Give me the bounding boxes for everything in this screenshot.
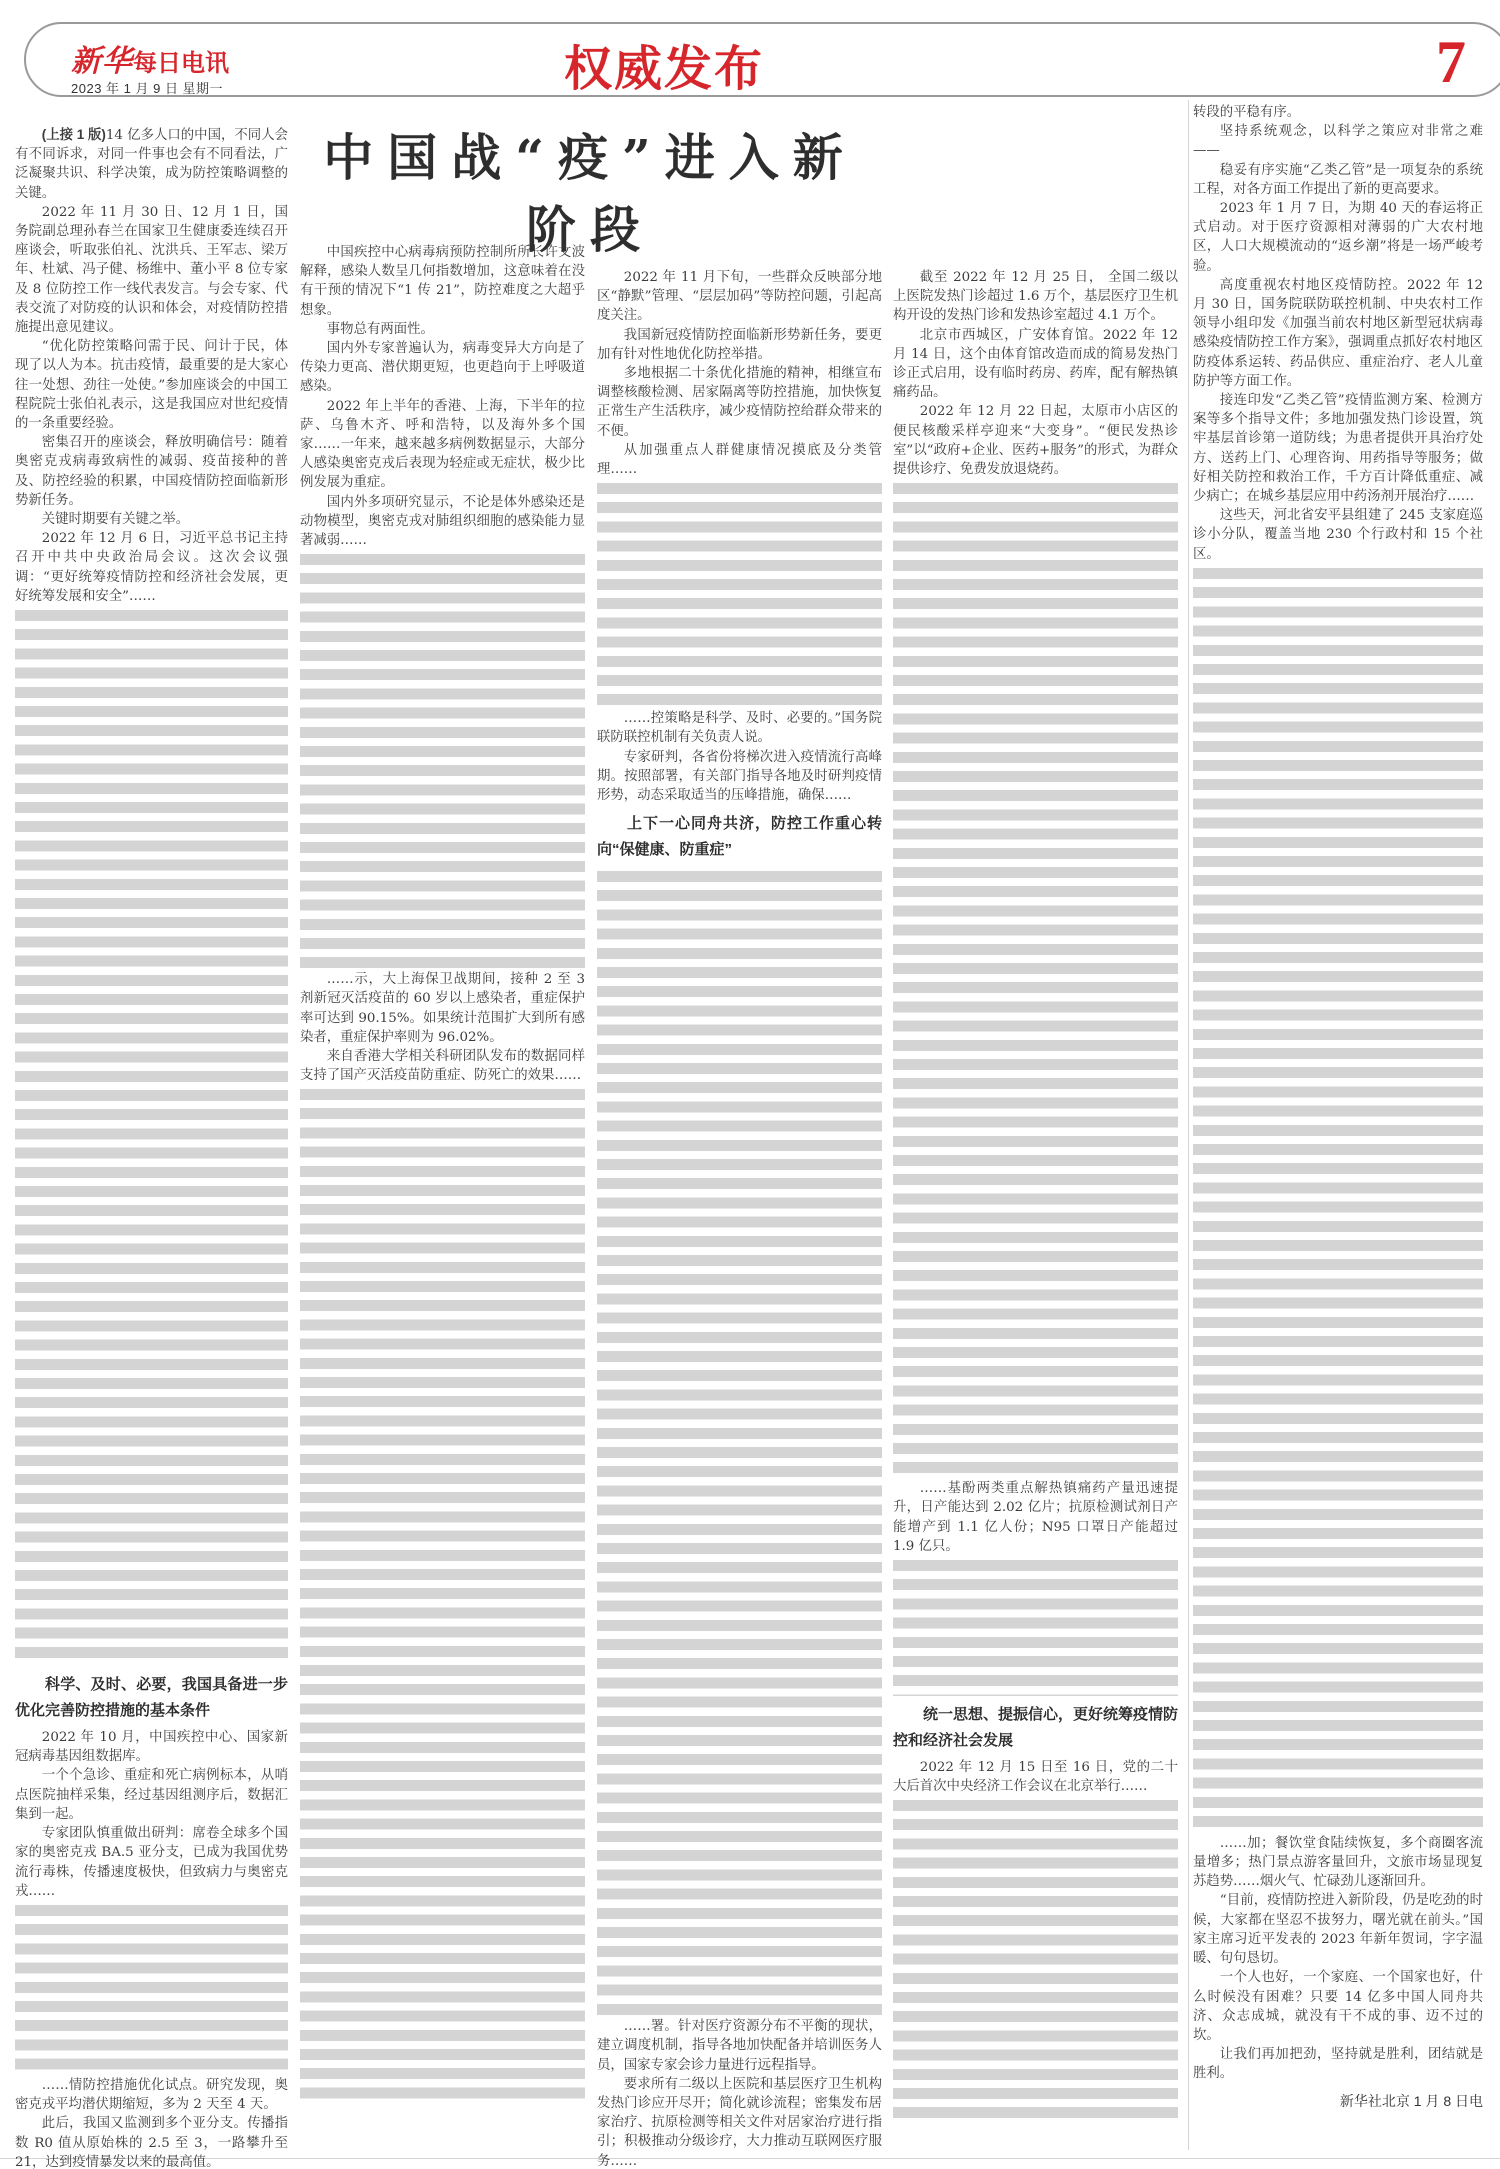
article-column-4: 截至 2022 年 12 月 25 日， 全国二级以上医院发热门诊超过 1.6 … <box>893 268 1178 2158</box>
section-subhead: 上下一心同舟共济，防控工作重心转向“保健康、防重症” <box>597 811 882 863</box>
paragraph: ……署。针对医疗资源分布不平衡的现状，建立调度机制，指导各地加快配备并培训医务人… <box>597 2017 882 2075</box>
paragraph: 一个人也好，一个家庭、一个国家也好，什么时候没有困难？只要 14 亿多中国人同舟… <box>1193 1968 1483 2045</box>
paragraph: 来自香港大学相关科研团队发布的数据同样支持了国产灭活疫苗防重症、防死亡的效果…… <box>300 1047 585 1085</box>
paragraph: 事物总有两面性。 <box>300 320 585 339</box>
paragraph: 我国新冠疫情防控面临新形势新任务，要更加有针对性地优化防控举措。 <box>597 326 882 364</box>
paragraph: 一个个急诊、重症和死亡病例标本，从哨点医院抽样采集，经过基因组测序后，数据汇集到… <box>15 1766 288 1824</box>
paragraph: 接连印发“乙类乙管”疫情监测方案、检测方案等多个指导文件；多地加强发热门诊设置，… <box>1193 391 1483 506</box>
paragraph: (上接 1 版)14 亿多人口的中国，不同人会有不同诉求，对同一件事也会有不同看… <box>15 125 288 203</box>
paragraph: 专家团队慎重做出研判：席卷全球多个国家的奥密克戎 BA.5 亚分支，已成为我国优… <box>15 1824 288 1901</box>
paragraph: 2022 年 10 月，中国疾控中心、国家新冠病毒基因组数据库。 <box>15 1728 288 1766</box>
dateline: 新华社北京 1 月 8 日电 <box>1193 2092 1483 2111</box>
paragraph: 从加强重点人群健康情况摸底及分类管理…… <box>597 441 882 479</box>
paragraph: 截至 2022 年 12 月 25 日， 全国二级以上医院发热门诊超过 1.6 … <box>893 268 1178 326</box>
article-column-2: 中国疾控中心病毒病预防控制所所长许文波解释，感染人数呈几何指数增加，这意味着在没… <box>300 243 585 2153</box>
paragraph: 这些天，河北省安平县组建了 245 支家庭巡诊小分队，覆盖当地 230 个行政村… <box>1193 506 1483 564</box>
paragraph: 密集召开的座谈会，释放明确信号：随着奥密克戎病毒致病性的减弱、疫苗接种的普及、防… <box>15 433 288 510</box>
article-column-5: 转段的平稳有序。 坚持系统观念，以科学之策应对非常之难—— 稳妥有序实施“乙类乙… <box>1193 103 1483 2153</box>
paragraph: 北京市西城区，广安体育馆。2022 年 12 月 14 日，这个由体育馆改造而成… <box>893 326 1178 403</box>
body-text-block <box>893 1796 1178 2126</box>
paragraph: 此后，我国又监测到多个亚分支。传播指数 R0 值从原始株的 2.5 至 3，一路… <box>15 2114 288 2169</box>
paragraph: 多地根据二十条优化措施的精神，相继宣布调整核酸检测、居家隔离等防控措施，加快恢复… <box>597 364 882 441</box>
section-title: 权威发布 <box>564 30 764 99</box>
article-column-3: 2022 年 11 月下旬，一些群众反映部分地区“静默”管理、“层层加码”等防控… <box>597 268 882 2158</box>
body-text-block <box>15 1901 288 2076</box>
body-text-block <box>893 1556 1178 1696</box>
page-number: 7 <box>1436 28 1466 97</box>
column-divider <box>1188 100 1189 2150</box>
paragraph: 2022 年 12 月 22 日起，太原市小店区的便民核酸采样亭迎来“大变身”。… <box>893 402 1178 479</box>
masthead: 新华每日电讯 2023 年 1 月 9 日 星期一 权威发布 7 <box>24 22 1500 97</box>
paragraph: 稳妥有序实施“乙类乙管”是一项复杂的系统工程，对各方面工作提出了新的更高要求。 <box>1193 161 1483 199</box>
paragraph: 2022 年上半年的香港、上海，下半年的拉萨、乌鲁木齐、呼和浩特，以及海外多个国… <box>300 397 585 493</box>
body-text-block <box>300 1085 585 2105</box>
continued-from-label: (上接 1 版) <box>42 127 106 142</box>
body-text-block <box>15 606 288 1666</box>
paragraph: 高度重视农村地区疫情防控。2022 年 12 月 30 日，国务院联防联控机制、… <box>1193 276 1483 391</box>
paragraph: 坚持系统观念，以科学之策应对非常之难—— <box>1193 122 1483 160</box>
logo-brand: 新华 <box>71 44 133 79</box>
paragraph: ……示，大上海保卫战期间，接种 2 至 3 剂新冠灭活疫苗的 60 岁以上感染者… <box>300 970 585 1047</box>
paragraph: ……基酚两类重点解热镇痛药产量迅速提升，日产能达到 2.02 亿片；抗原检测试剂… <box>893 1479 1178 1556</box>
article-column-1: (上接 1 版)14 亿多人口的中国，不同人会有不同诉求，对同一件事也会有不同看… <box>15 125 288 2155</box>
paragraph: 转段的平稳有序。 <box>1193 103 1483 122</box>
paragraph: 要求所有二级以上医院和基层医疗卫生机构发热门诊应开尽开；简化就诊流程；密集发布居… <box>597 2075 882 2169</box>
body-text-block <box>300 550 585 970</box>
paragraph: 国内外多项研究显示，不论是体外感染还是动物模型，奥密克戎对肺组织细胞的感染能力显… <box>300 493 585 551</box>
section-subhead: 科学、及时、必要，我国具备进一步优化完善防控措施的基本条件 <box>15 1672 288 1724</box>
paragraph: 中国疾控中心病毒病预防控制所所长许文波解释，感染人数呈几何指数增加，这意味着在没… <box>300 243 585 320</box>
paragraph: “优化防控策略问需于民、问计于民，体现了以人为本。抗击疫情，最重要的是大家心往一… <box>15 337 288 433</box>
paragraph: 2023 年 1 月 7 日，为期 40 天的春运将正式启动。对于医疗资源相对薄… <box>1193 199 1483 276</box>
body-text-block <box>597 867 882 2017</box>
newspaper-logo: 新华每日电讯 <box>71 36 229 80</box>
paragraph: 2022 年 12 月 6 日，习近平总书记主持召开中共中央政治局会议。这次会议… <box>15 529 288 606</box>
paragraph: 2022 年 11 月 30 日、12 月 1 日，国务院副总理孙春兰在国家卫生… <box>15 203 288 337</box>
paragraph: 2022 年 12 月 15 日至 16 日，党的二十大后首次中央经济工作会议在… <box>893 1758 1178 1796</box>
paragraph: 国内外专家普遍认为，病毒变异大方向是了传染力更高、潜伏期更短，也更趋向于上呼吸道… <box>300 339 585 397</box>
article-headline: 中国战“疫”进入新阶段 <box>300 118 880 262</box>
paragraph: 让我们再加把劲，坚持就是胜利，团结就是胜利。 <box>1193 2045 1483 2083</box>
paragraph: “目前，疫情防控进入新阶段，仍是吃劲的时候，大家都在坚忍不拔努力，曙光就在前头。… <box>1193 1891 1483 1968</box>
publication-date: 2023 年 1 月 9 日 星期一 <box>71 78 223 97</box>
body-text-block <box>893 479 1178 1479</box>
paragraph: ……情防控措施优化试点。研究发现，奥密克戎平均潜伏期缩短，多为 2 天至 4 天… <box>15 2076 288 2114</box>
body-text-block <box>597 479 882 709</box>
paragraph: 2022 年 11 月下旬，一些群众反映部分地区“静默”管理、“层层加码”等防控… <box>597 268 882 326</box>
logo-sub: 每日电讯 <box>133 48 229 77</box>
paragraph: 关键时期要有关键之举。 <box>15 510 288 529</box>
paragraph: ……控策略是科学、及时、必要的。”国务院联防联控机制有关负责人说。 <box>597 709 882 747</box>
paragraph: 专家研判，各省份将梯次进入疫情流行高峰期。按照部署，有关部门指导各地及时研判疫情… <box>597 748 882 806</box>
paragraph: ……加；餐饮堂食陆续恢复，多个商圈客流量增多；热门景点游客量回升，文旅市场显现复… <box>1193 1834 1483 1892</box>
section-subhead: 统一思想、提振信心，更好统筹疫情防控和经济社会发展 <box>893 1702 1178 1754</box>
body-text-block <box>1193 564 1483 1834</box>
